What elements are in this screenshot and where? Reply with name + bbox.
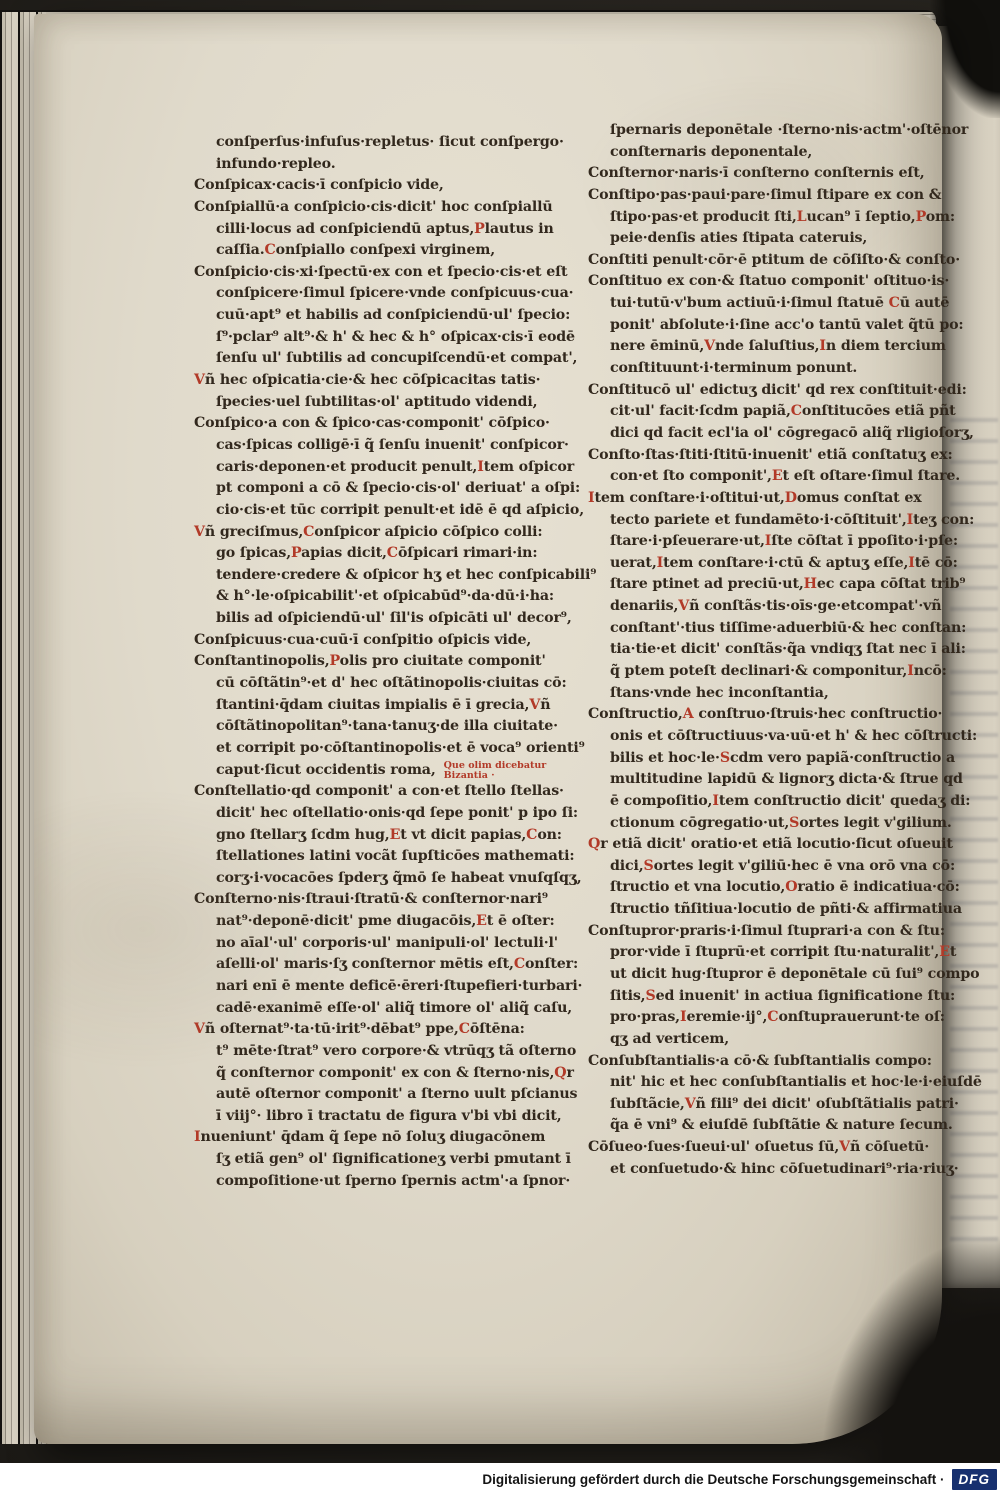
text-line: ſtellationes latini vocãt ſupſticōes mat… [194,846,550,868]
text-line: Conſtructio,A conſtruo·ſtruis·hec conſtr… [588,704,922,726]
text-line: gno ſtellarʒ ſcdm hug,Et vt dicit papias… [194,825,550,847]
text-line: cio·cis·et tūc corripit penult·et idē ē … [194,500,550,522]
text-line: ſtare·i·pſeuerare·ut,Iſte cōſtat ī ppoſi… [588,531,922,553]
text-line: cadē·exanimē eſſe·ol' aliq̃ timore ol' a… [194,998,550,1020]
text-line: tia·tie·et dicit' conſtãs·q̃a vndiqʒ ſta… [588,639,922,661]
text-line: Inueniunt' q̄dam q̃ ſepe nō ſoluʒ diugac… [194,1127,550,1149]
text-line: Item conſtare·i·oſtitui·ut,Domus conſtat… [588,488,922,510]
text-line: caſſia.Conſpiallo conſpexi virginem, [194,240,550,262]
text-line: cas·ſpicas colligē·ī q̃ ſenſu inuenit' c… [194,435,550,457]
text-line: ſitis,Sed inuenit' in actiua ſignificati… [588,986,922,1008]
text-line: ſpecies·uel ſubtilitas·ol' aptitudo vide… [194,392,550,414]
text-line: ctionum cōgregatio·ut,Sortes legit v'gil… [588,813,922,835]
text-line: con·et ſto componit',Et eſt oſtare·ſimul… [588,466,922,488]
text-line: ſtare ptinet ad preciū·ut,Hec capa cōſta… [588,574,922,596]
text-line: ponit' abſolute·i·ſine acc'o tantū valet… [588,315,922,337]
text-line: Vñ oſternat⁹·ta·tū·irit⁹·dēbat⁹ ppe,Cōſt… [194,1019,550,1041]
text-line: ſtipo·pas·et producit ſti,Lucan⁹ ī ſepti… [588,207,922,229]
manuscript-page: conſperſus·infuſus·repletus· ſicut conſp… [34,14,942,1444]
text-line: cū cōſtãtin⁹·et d' hec oſtãtinopolis·ciu… [194,673,550,695]
text-line: Conſpicuus·cua·cuū·ī conſpitio oſpicis v… [194,630,550,652]
text-line: cilli·locus ad conſpiciendū aptus,Plautu… [194,219,550,241]
text-line: ſ⁹·pclar⁹ alt⁹·& h' & hec & h° oſpicax·c… [194,327,550,349]
text-line: Conſtantinopolis,Polis pro ciuitate comp… [194,651,550,673]
text-line: go ſpicas,Papias dicit,Cōſpicari rimari·… [194,543,550,565]
text-line: ſenſu ul' ſubtilis ad concupiſcendū·et c… [194,348,550,370]
text-line: ſtans·vnde hec inconſtantia, [588,683,922,705]
text-column-left: conſperſus·infuſus·repletus· ſicut conſp… [194,132,550,1192]
text-line: conſtituunt·i·terminum ponunt. [588,358,922,380]
text-line: ſtructio et vna locutio,Oratio ē indicat… [588,877,922,899]
text-line: Qr etiã dicit' oratio·et etiã locutio·ſi… [588,834,922,856]
dfg-logo: DFG [952,1469,998,1490]
text-line: q̃ ptem poteſt declinari·& componitur,In… [588,661,922,683]
text-line: q̃ conſternor componit' ex con & ſterno·… [194,1063,550,1085]
text-line: pt componi a cō & ſpecio·cis·ol' deriuat… [194,478,550,500]
text-line: et corripit po·cōſtantinopolis·et ē voca… [194,738,550,760]
text-line: q̃a ē vni⁹ & eiuſdē ſubſtãtie & nature ſ… [588,1115,922,1137]
text-line: cōſtãtinopolitan⁹·tana·tanuʒ·de illa ciu… [194,716,550,738]
text-line: pror·vide ī ſtuprū·et corripit ſtu·natur… [588,942,922,964]
text-line: caput·ſicut occidentis roma,Que olim dic… [194,760,550,782]
footer-credit-bar: Digitalisierung gefördert durch die Deut… [0,1463,1000,1496]
text-line: autē oſternor componit' a ſterno uult pſ… [194,1084,550,1106]
text-line: nit' hic et hec conſubſtantialis et hoc·… [588,1072,922,1094]
text-line: ut dicit hug·ſtupror ē deponētale cū ſui… [588,964,922,986]
text-line: multitudine lapidū & lignorʒ dicta·& ſtr… [588,769,922,791]
text-line: nari enī ē mente deficē·ēreri·ſtupefieri… [194,976,550,998]
footer-credit-text: Digitalisierung gefördert durch die Deut… [482,1472,944,1487]
text-line: tui·tutū·v'bum actiuū·i·ſimul ſtatuē Cū … [588,293,922,315]
text-line: dicit' hec oſtellatio·onis·qd ſepe ponit… [194,803,550,825]
text-line: Conſtiti penult·cōr·ē ptitum de cōſiſto·… [588,250,922,272]
text-line: Conſtitucō ul' edictuʒ dicit' qd rex con… [588,380,922,402]
text-line: ſtantini·q̄dam ciuitas impialis ē ī grec… [194,695,550,717]
text-line: ē compoſitio,Item conſtructio dicit' que… [588,791,922,813]
text-line: dici,Sortes legit v'giliū·hec ē vna orō … [588,856,922,878]
text-line: conſternaris deponentale, [588,142,922,164]
text-line: Conſubſtantialis·a cō·& ſubſtantialis co… [588,1051,922,1073]
text-line: dici qd facit ecl'ia ol' cōgregacō aliq̃… [588,423,922,445]
text-line: bilis et hoc·le·Scdm vero papiã·conſtruc… [588,748,922,770]
text-line: caris·deponen·et producit penult,Item oſ… [194,457,550,479]
text-line: & h°·le·oſpicabilit'·et oſpicabūd⁹·da·dū… [194,586,550,608]
text-line: Conſpicax·cacis·ī conſpicio vide, [194,175,550,197]
text-line: Conſtituo ex con·& ſtatuo componit' oſti… [588,271,922,293]
text-line: Conſpico·a con & ſpico·cas·componit' cōſ… [194,413,550,435]
text-line: ī viij°· libro ī tractatu de figura v'bi… [194,1106,550,1128]
text-line: Conſpiallū·a conſpicio·cis·dicit' hoc co… [194,197,550,219]
text-line: cuū·apt⁹ et habilis ad conſpiciendū·ul' … [194,305,550,327]
margin-note: Que olim dicebatur Bizantia · [444,761,547,782]
text-line: Vñ hec oſpicatia·cie·& hec cōſpicacitas … [194,370,550,392]
text-line: Conſtipo·pas·paui·pare·ſimul ſtipare ex … [588,185,922,207]
text-line: tecto pariete et fundamēto·i·cōſtituit',… [588,510,922,532]
text-line: et conſuetudo·& hinc cōſuetudinari⁹·ria·… [588,1159,922,1181]
text-line: Conſto·ſtas·ſtiti·ſtitū·inuenit' etiã co… [588,445,922,467]
text-line: ſpernaris deponētale ·ſterno·nis·actm'·o… [588,120,922,142]
text-line: corʒ·i·vocacōes ſpderʒ q̃mō ſe habeat vn… [194,868,550,890]
text-line: tendere·credere & oſpicor hʒ et hec conſ… [194,565,550,587]
text-line: pro·pras,Ieremie·ij°,Conſtuprauerunt·te … [588,1007,922,1029]
text-line: Conſternor·naris·ī conſterno conſternis … [588,163,922,185]
text-line: conſtant'·tius tiſſime·aduerbiū·& hec co… [588,618,922,640]
text-line: ſubſtãcie,Vñ fili⁹ dei dicit' oſubſtãtia… [588,1094,922,1116]
text-line: nere ēminū,Vnde ſaluſtius,In diem terciu… [588,336,922,358]
text-line: no aīal'·ul' corporis·ul' manipuli·ol' l… [194,933,550,955]
text-line: aſelli·ol' maris·ſʒ conſternor mētis eſt… [194,954,550,976]
text-line: Vñ greciſmus,Conſpicor aſpicio cōſpico c… [194,522,550,544]
text-line: conſpicere·ſimul ſpicere·vnde conſpicuus… [194,283,550,305]
text-line: Conſpicio·cis·xi·ſpectū·ex con et ſpecio… [194,262,550,284]
text-line: bilis ad oſpiciendū·ul' ſil'is oſpicāti … [194,608,550,630]
text-line: peie·denſis aties ſtipata cateruis, [588,228,922,250]
text-line: nat⁹·deponē·dicit' pme diugacōis,Et ē oſ… [194,911,550,933]
text-line: cit·ul' facit·ſcdm papiã,Conſtitucōes et… [588,401,922,423]
text-line: uerat,Item conſtare·i·ctū & aptuʒ eſſe,I… [588,553,922,575]
text-line: Conſtupror·praris·i·ſimul ſtuprari·a con… [588,921,922,943]
text-line: conſperſus·infuſus·repletus· ſicut conſp… [194,132,550,154]
text-line: qʒ ad verticem, [588,1029,922,1051]
binding-shadow-bottom-right [820,1233,1000,1463]
text-line: Conſtellatio·qd componit' a con·et ſtell… [194,781,550,803]
text-line: compoſitione·ut ſperno ſpernis actm'·a ſ… [194,1171,550,1193]
text-column-right: ſpernaris deponētale ·ſterno·nis·actm'·o… [588,120,922,1180]
text-line: onis et cōſtructiuus·va·uū·et h' & hec c… [588,726,922,748]
text-line: t⁹ mēte·ſtrat⁹ vero corpore·& vtrūqʒ tã … [194,1041,550,1063]
text-line: Conſterno·nis·ſtraui·ſtratū·& conſternor… [194,889,550,911]
book-scan: conſperſus·infuſus·repletus· ſicut conſp… [0,0,1000,1496]
text-line: Cōſueo·ſues·ſueui·ul' oſuetus ſū,Vñ cōſu… [588,1137,922,1159]
text-line: infundo·repleo. [194,154,550,176]
text-line: ſʒ etiã gen⁹ ol' ſignificationeʒ verbi p… [194,1149,550,1171]
text-line: ſtructio tñſitiua·locutio de pñti·& affi… [588,899,922,921]
text-line: denariis,Vñ conſtãs·tis·oīs·ge·etcompat'… [588,596,922,618]
